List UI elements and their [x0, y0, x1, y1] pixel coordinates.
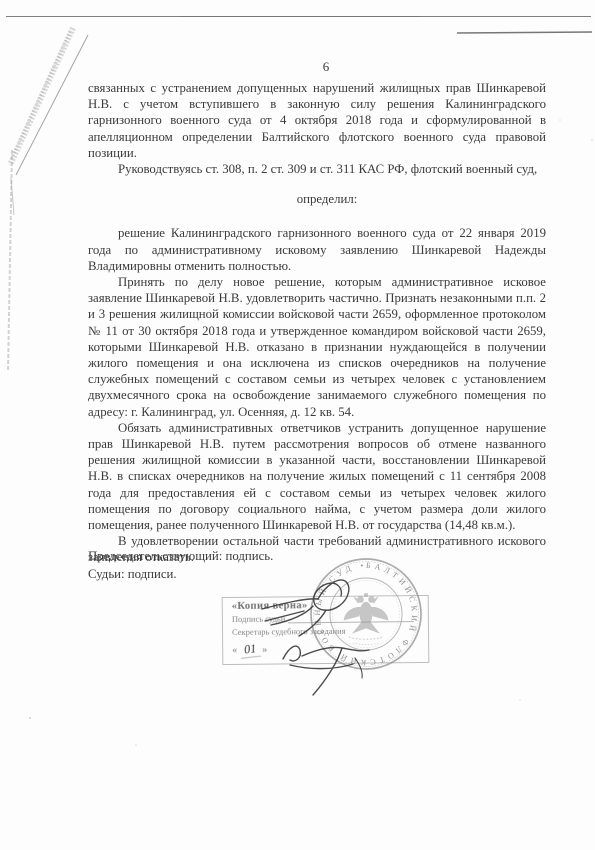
paragraph: Принять по делу новое решение, которым а…: [88, 274, 546, 420]
presiding-judge-line: Председательствующий: подпись.: [88, 548, 273, 566]
date-close-quote: »: [262, 645, 267, 656]
scan-top-right-line: [457, 32, 592, 33]
noise-speck: [29, 717, 31, 719]
page-number: 6: [88, 59, 546, 75]
paragraph: решение Калининградского гарнизонного во…: [88, 225, 546, 274]
paragraph: связанных с устранением допущенных наруш…: [88, 80, 546, 161]
paragraph: Обязать административных ответчиков устр…: [88, 420, 546, 533]
noise-speck: [591, 139, 593, 141]
fold-crease-line: [16, 35, 88, 175]
judges-line: Судьи: подписи.: [88, 566, 273, 584]
noise-speck: [559, 119, 561, 121]
noise-speck: [135, 744, 137, 746]
paragraph: Руководствуясь ст. 308, п. 2 ст. 309 и с…: [88, 161, 546, 177]
stamp-judge-signature-label: Подпись судьи: [232, 613, 286, 624]
fold-mark-band-2: [12, 32, 70, 158]
date-open-quote: «: [232, 645, 237, 656]
noise-speck: [519, 699, 521, 701]
fold-mark-band: [10, 28, 73, 165]
paragraph: определил:: [88, 191, 546, 207]
fold-crease-tail: [11, 178, 14, 215]
court-round-seal: БАЛТИЙСКИЙ ФЛОТСКИЙ ВОЕННЫЙ СУД •: [309, 557, 423, 671]
double-headed-eagle-emblem: [344, 594, 388, 634]
closing-block: Председательствующий: подпись. Судьи: по…: [88, 548, 273, 583]
handwritten-day: 01: [239, 641, 261, 659]
left-edge-streak: [8, 150, 12, 372]
seal-inner-texture: [349, 637, 383, 645]
scanned-court-document-page: 6 связанных с устранением допущенных нар…: [0, 0, 595, 850]
document-body: связанных с устранением допущенных наруш…: [88, 80, 546, 566]
